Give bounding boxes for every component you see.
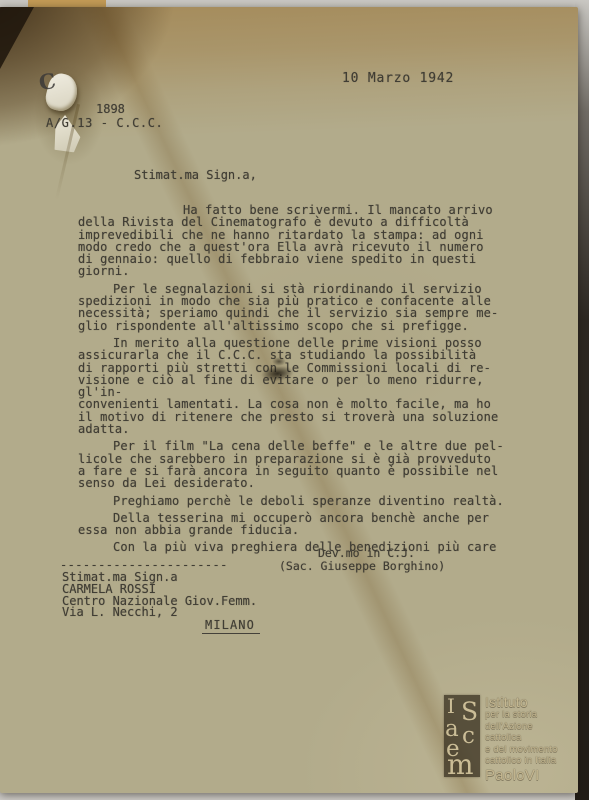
- letter-paragraph: Della tesserina mi occuperò ancora bench…: [78, 512, 534, 537]
- protocol-code: A/G.13 - C.C.C.: [46, 116, 163, 130]
- monogram-letter: m: [447, 751, 474, 779]
- recipient-address-block: Stimat.ma Sign.a CARMELA ROSSI Centro Na…: [62, 572, 260, 634]
- ink-smudge: [272, 357, 286, 366]
- protocol-number: 1898: [96, 102, 125, 116]
- letter-paragraph: Preghiamo perchè le deboli speranze dive…: [78, 495, 534, 507]
- watermark-line: PaoloVI: [485, 767, 568, 784]
- watermark-text: Istituto per la storia dell'Azione catto…: [485, 695, 568, 784]
- letter-paper: C 10 Marzo 1942 1898 A/G.13 - C.C.C. Sti…: [0, 7, 578, 793]
- watermark-monogram: I S a c e m: [444, 695, 480, 777]
- valediction: Dev.mo in C.J.: [318, 546, 415, 560]
- watermark-line: e del movimento: [485, 744, 568, 756]
- photo-background: C 10 Marzo 1942 1898 A/G.13 - C.C.C. Sti…: [0, 0, 589, 800]
- salutation: Stimat.ma Sign.a,: [134, 168, 257, 182]
- letter-body: Ha fatto bene scrivermi. Il mancato arri…: [78, 204, 534, 559]
- letter-paragraph: Per le segnalazioni si stà riordinando i…: [78, 283, 534, 332]
- watermark-line: cattolico in Italia: [485, 755, 568, 767]
- signature: (Sac. Giuseppe Borghino): [279, 559, 445, 573]
- watermark-line: per la storia: [485, 709, 568, 721]
- letter-paragraph: Per il film "La cena delle beffe" e le a…: [78, 440, 534, 489]
- monogram-letter: I: [447, 696, 455, 716]
- date-line: 10 Marzo 1942: [342, 71, 454, 86]
- watermark-line: dell'Azione cattolica: [485, 721, 568, 744]
- watermark-line: Istituto: [485, 695, 568, 709]
- monogram-letter: S: [461, 699, 478, 724]
- letter-paragraph: In merito alla questione delle prime vis…: [78, 337, 534, 435]
- archive-watermark: I S a c e m Istituto per la storia dell'…: [444, 693, 568, 785]
- recipient-city: MILANO: [202, 620, 260, 634]
- letter-paragraph: Ha fatto bene scrivermi. Il mancato arri…: [78, 204, 534, 278]
- monogram-letter: c: [462, 725, 475, 748]
- letter-paragraph: Con la più viva preghiera delle benedizi…: [78, 541, 534, 553]
